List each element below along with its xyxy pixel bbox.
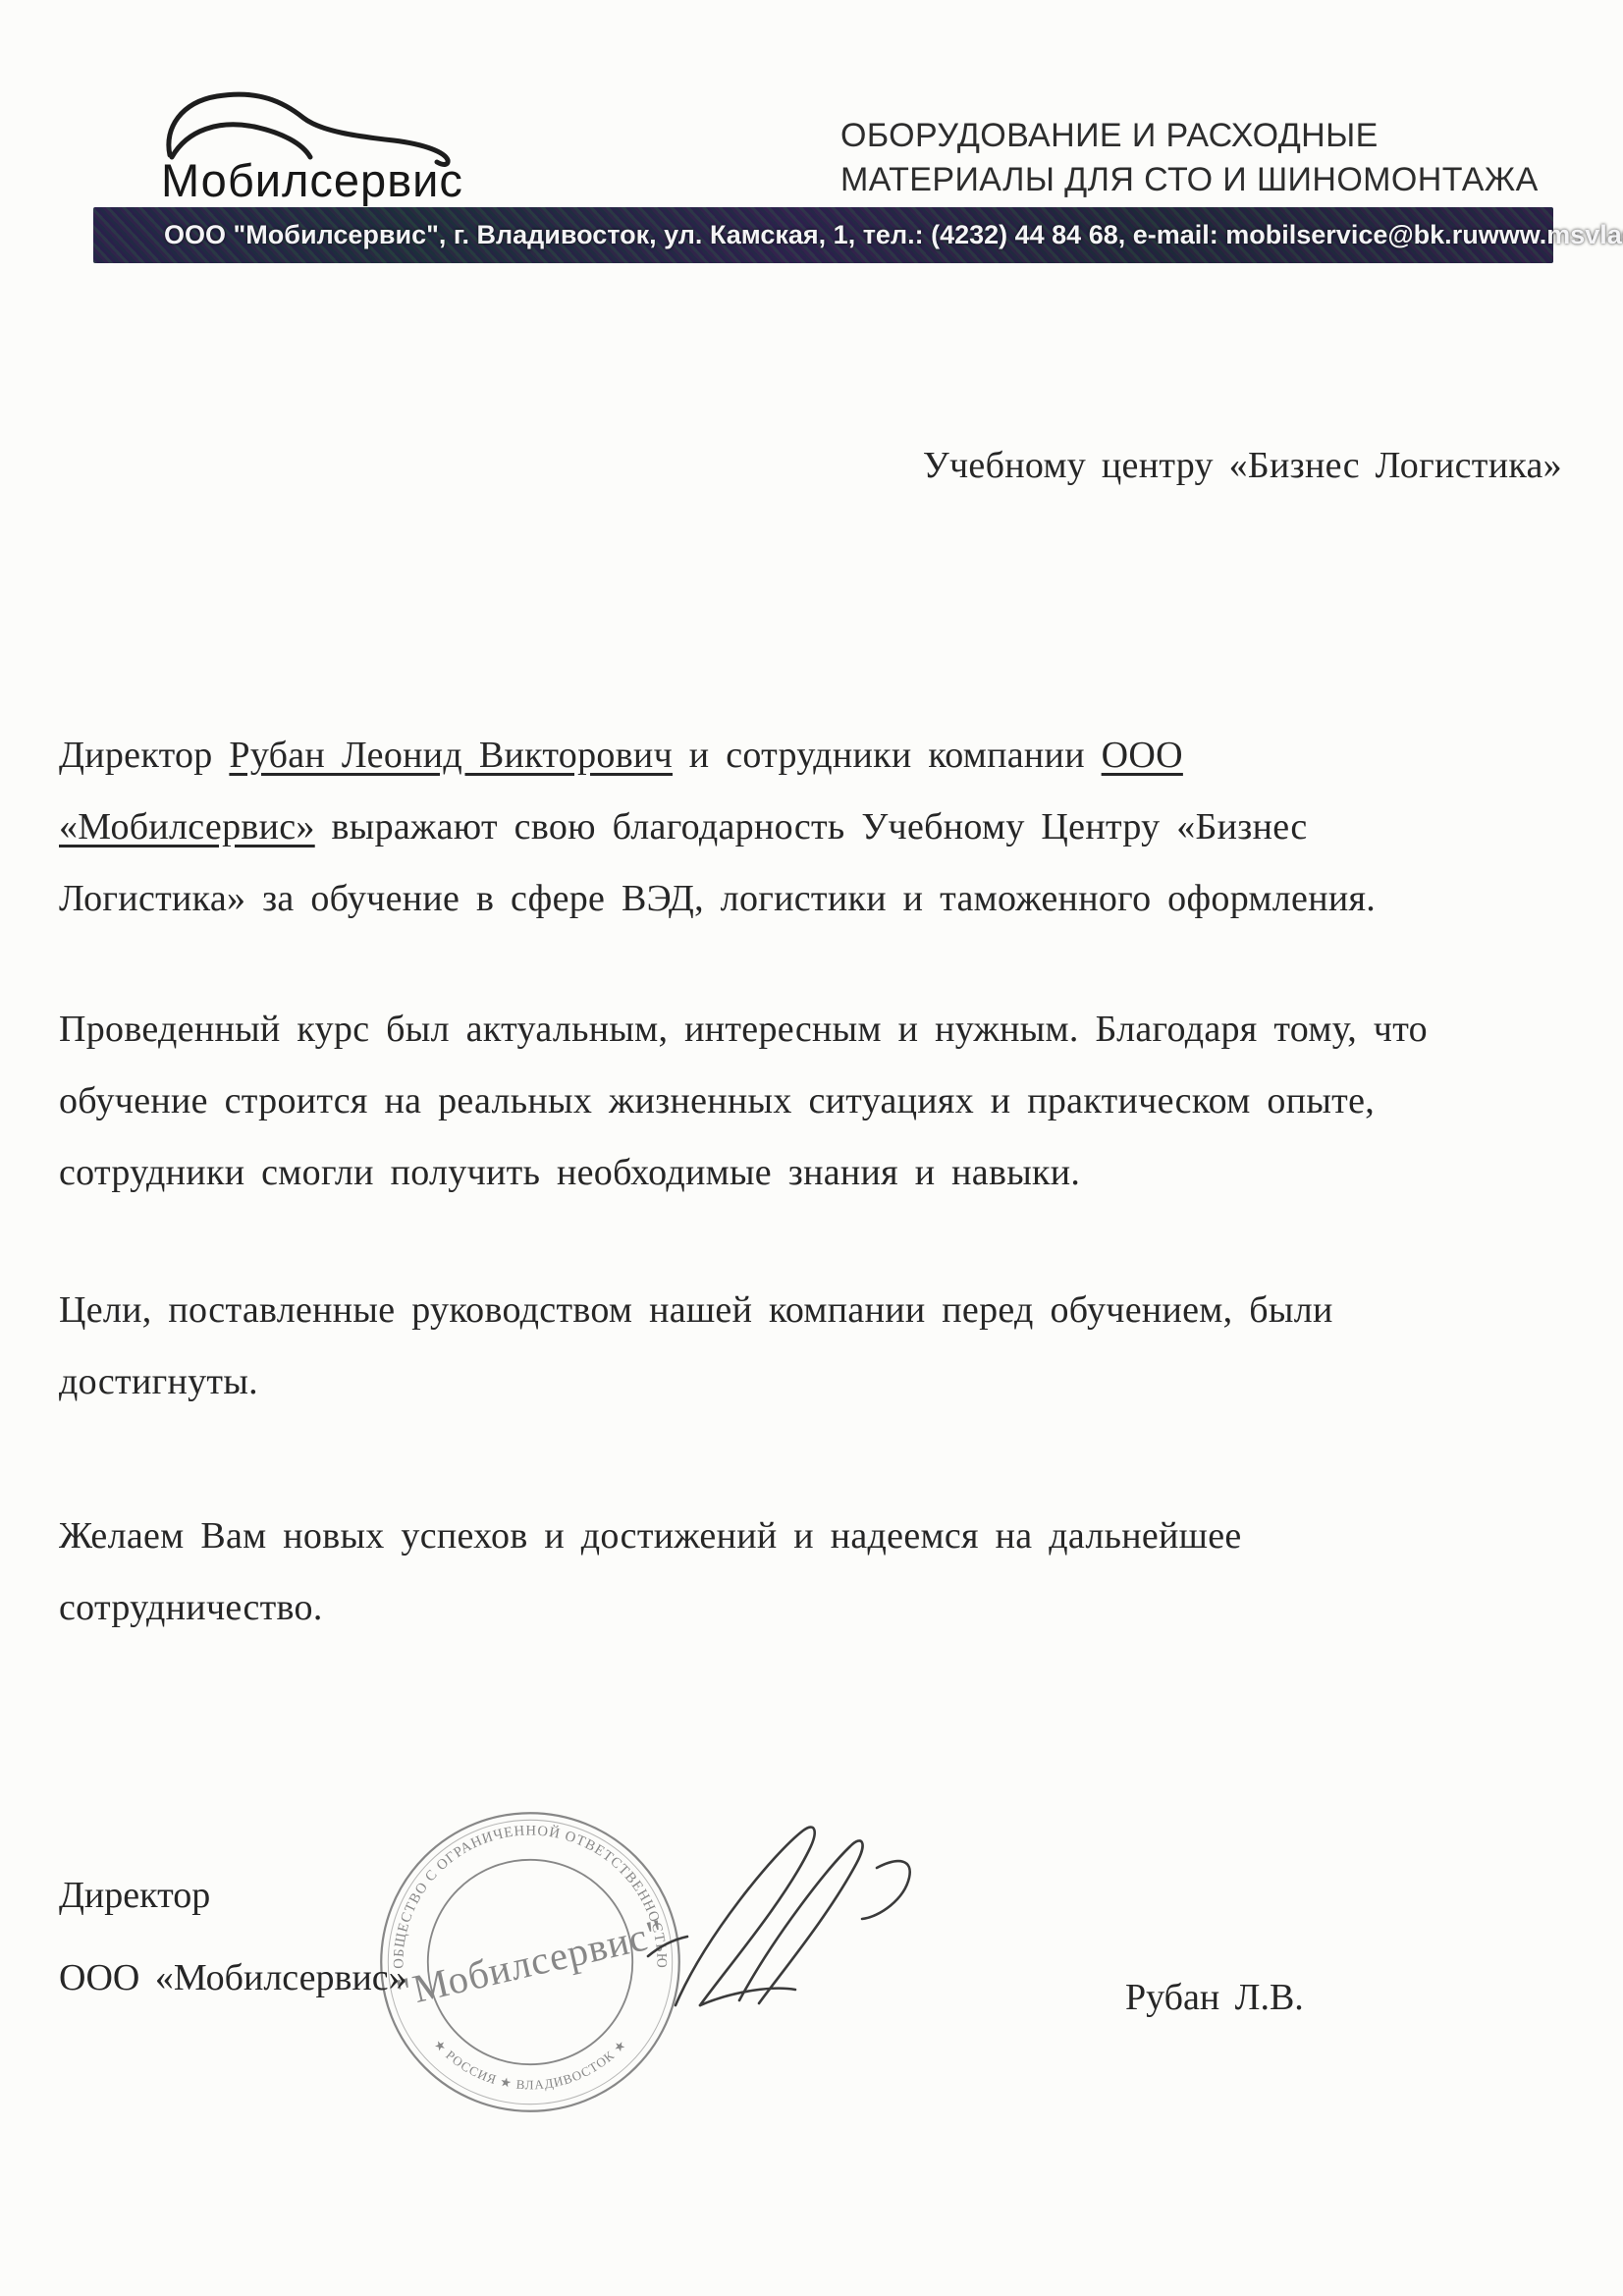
company-tagline: ОБОРУДОВАНИЕ И РАСХОДНЫЕ МАТЕРИАЛЫ ДЛЯ С… xyxy=(840,114,1539,202)
contact-address-text: ООО "Мобилсервис", г. Владивосток, ул. К… xyxy=(164,220,1479,250)
website-url-text: www.msvlad.ru xyxy=(1479,220,1623,250)
scanned-letter-page: Мобилсервис ОБОРУДОВАНИЕ И РАСХОДНЫЕ МАТ… xyxy=(0,0,1623,2296)
stamp-center-text: "Мобилсервис" xyxy=(392,1910,669,2015)
underlined-company-part1: ООО xyxy=(1102,735,1183,776)
underlined-director-name: Рубан Леонид Викторович xyxy=(229,735,673,776)
signee-name: Рубан Л.В. xyxy=(1125,1976,1304,2019)
tagline-line-1: ОБОРУДОВАНИЕ И РАСХОДНЫЕ xyxy=(840,114,1539,158)
signature-title: Директор xyxy=(59,1874,210,1917)
paragraph-line: обучение строится на реальных жизненных … xyxy=(59,1066,1532,1137)
paragraph-course-feedback: Проведенный курс был актуальным, интерес… xyxy=(59,994,1532,1209)
underlined-company-part2: «Мобилсервис» xyxy=(59,806,315,847)
paragraph-line: Желаем Вам новых успехов и достижений и … xyxy=(59,1501,1532,1572)
contact-info-bar: ООО "Мобилсервис", г. Владивосток, ул. К… xyxy=(93,207,1553,263)
paragraph-line: Проведенный курс был актуальным, интерес… xyxy=(59,994,1532,1066)
paragraph-line: Логистика» за обучение в сфере ВЭД, логи… xyxy=(59,863,1532,935)
addressee-line: Учебному центру «Бизнес Логистика» xyxy=(923,444,1562,487)
text-segment: Логистика» за обучение в сфере ВЭД, логи… xyxy=(59,878,1376,919)
paragraph-line: Директор Рубан Леонид Викторович и сотру… xyxy=(59,720,1532,792)
company-logo: Мобилсервис xyxy=(157,90,461,208)
paragraph-goals: Цели, поставленные руководством нашей ко… xyxy=(59,1275,1532,1418)
paragraph-line: достигнуты. xyxy=(59,1346,1532,1418)
logo-brand-text: Мобилсервис xyxy=(161,153,463,207)
signature-company: ООО «Мобилсервис» xyxy=(59,1956,407,1999)
paragraph-line: сотрудничество. xyxy=(59,1572,1532,1644)
paragraph-line: сотрудники смогли получить необходимые з… xyxy=(59,1137,1532,1209)
paragraph-wishes: Желаем Вам новых успехов и достижений и … xyxy=(59,1501,1532,1644)
paragraph-line: Цели, поставленные руководством нашей ко… xyxy=(59,1275,1532,1346)
paragraph-gratitude: Директор Рубан Леонид Викторович и сотру… xyxy=(59,720,1532,935)
tagline-line-2: МАТЕРИАЛЫ ДЛЯ СТО И ШИНОМОНТАЖА xyxy=(840,158,1539,202)
text-segment: Директор xyxy=(59,735,229,776)
paragraph-line: «Мобилсервис» выражают свою благодарност… xyxy=(59,792,1532,863)
text-segment: и сотрудники компании xyxy=(673,735,1102,776)
handwritten-signature-icon xyxy=(646,1809,941,2025)
text-segment: выражают свою благодарность Учебному Цен… xyxy=(315,806,1308,847)
